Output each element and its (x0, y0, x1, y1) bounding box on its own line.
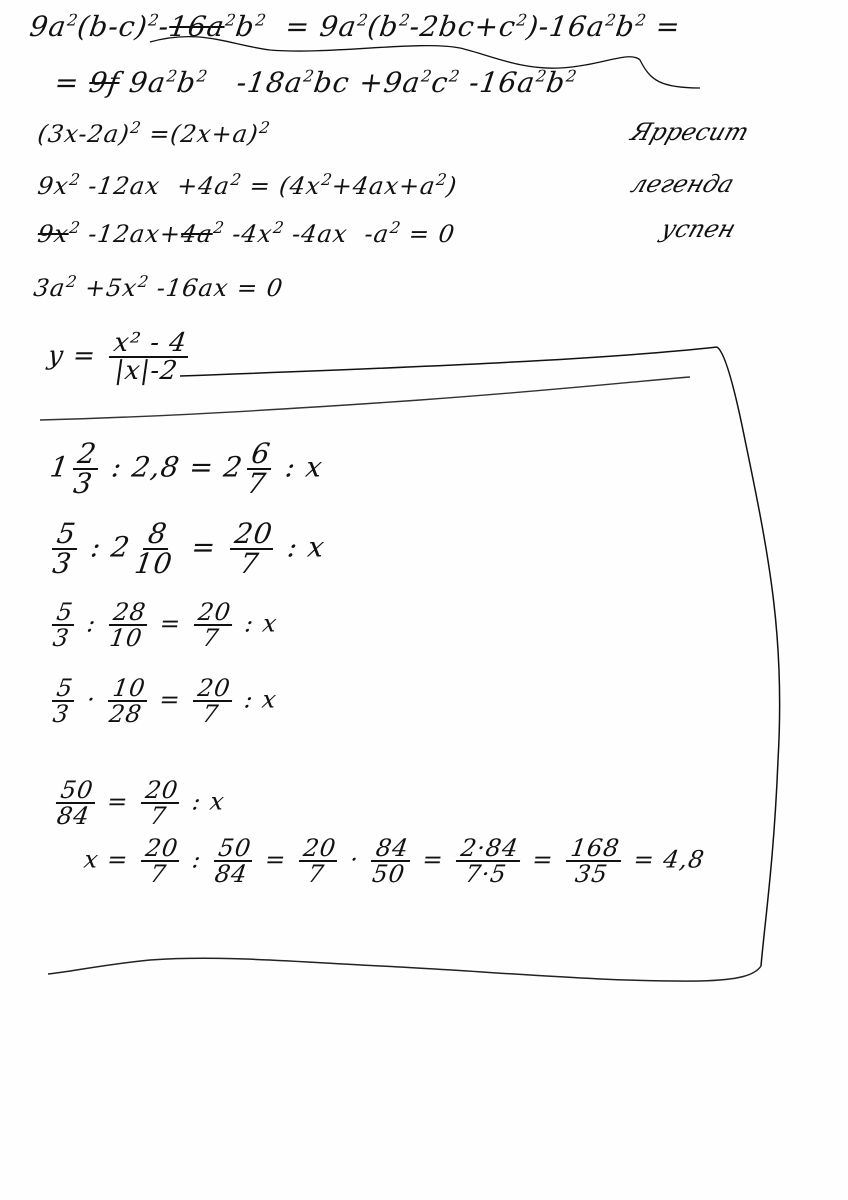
side-note-line-1: Ярресит (627, 118, 752, 146)
denominator: 3 (69, 470, 98, 498)
fraction: 16835 (563, 836, 625, 886)
divide-sign: : (283, 451, 298, 484)
fraction: 5084 (210, 836, 256, 886)
fraction: 23 (69, 440, 102, 498)
equation-line-5: 9x2 -12ax+4a2 -4x2 -4ax -a2 = 0 (36, 218, 457, 248)
numerator: 20 (299, 836, 341, 862)
whole-part: 2 (109, 531, 132, 564)
equals-sign: = (421, 846, 446, 874)
term: +9a (357, 66, 423, 99)
proportion-step-3: 53 : 2810 = 207 : x (44, 600, 280, 650)
numerator: 20 (230, 520, 278, 550)
numerator: 20 (193, 600, 235, 626)
equals-sign: = (189, 531, 218, 564)
term: +4ax+a (330, 172, 438, 200)
denominator: 35 (571, 862, 613, 886)
equation-line-4: 9x2 -12ax +4a2 = (4x2+4ax+a2) (36, 170, 459, 200)
final-result: 4,8 (661, 846, 706, 874)
equals-sign: = (53, 66, 82, 99)
denominator: 28 (105, 702, 147, 726)
equals-sign: = (248, 172, 273, 200)
proportion-step-4: 53 · 1028 = 207 : x (44, 676, 280, 726)
fraction: 53 (48, 520, 81, 578)
equation-line-1: 9a2(b-c)2-16a2b2 = 9a2(b2-2bc+c2)-16a2b2… (28, 10, 683, 43)
denominator: 10 (130, 550, 178, 578)
exponent: 2 (448, 67, 462, 86)
numerator: 5 (52, 600, 78, 626)
term: 9a (127, 66, 168, 99)
function-definition: y = x² - 4 |x|-2 (44, 330, 196, 384)
numerator: 5 (52, 520, 81, 550)
numerator: 2 (73, 440, 102, 470)
numerator: 2·84 (456, 836, 523, 862)
exponent: 2 (272, 218, 286, 237)
term: -2bc+c (408, 10, 519, 43)
equals-sign: = (632, 846, 657, 874)
struck-term: 4a (179, 220, 215, 248)
term: -16ax (155, 274, 230, 302)
term: b (614, 10, 638, 43)
divide-sign: : (285, 531, 300, 564)
exponent: 2 (634, 11, 648, 30)
term: -12ax+ (87, 220, 184, 248)
equation-line-2: = 9f 9a2b2 -18a2bc +9a2c2 -16a2b2 (53, 66, 579, 99)
term: (3x-2a) (36, 120, 132, 148)
fraction: 810 (130, 520, 182, 578)
equals-sign: = (158, 610, 183, 638)
divide-sign: : (85, 610, 98, 638)
proportion-step-2: 53 : 2810 = 207 : x (44, 520, 329, 578)
equals-sign: = (283, 10, 312, 43)
equation-line-3: (3x-2a)2 =(2x+a)2 (36, 118, 272, 148)
term: -4x (231, 220, 275, 248)
fraction: 53 (48, 676, 77, 726)
denominator: |x|-2 (110, 358, 182, 384)
variable-x: x (306, 531, 327, 564)
fraction: 53 (48, 600, 77, 650)
variable-x: x (260, 686, 278, 714)
exponent: 2 (68, 218, 82, 237)
numerator: 20 (141, 836, 183, 862)
scribbled-out-term: 9f (87, 66, 122, 99)
denominator: 7 (303, 862, 329, 886)
numerator: 5 (52, 676, 78, 702)
fraction: x² - 4 |x|-2 (105, 330, 192, 384)
exponent: 2 (196, 67, 210, 86)
denominator: 84 (210, 862, 252, 886)
term: (4x (278, 172, 323, 200)
exponent: 2 (389, 218, 403, 237)
equals-sign: = (105, 788, 130, 816)
fraction: 207 (190, 600, 236, 650)
equation-line-6: 3a2 +5x2 -16ax = 0 (32, 272, 286, 302)
term: +5x (83, 274, 139, 302)
denominator: 3 (48, 550, 77, 578)
term: -16a (467, 66, 537, 99)
numerator: 6 (246, 440, 275, 470)
proportion-step-5: 5084 = 207 : x (48, 778, 227, 828)
struck-term: 9x (36, 220, 71, 248)
numerator: 84 (371, 836, 413, 862)
denominator: 3 (48, 626, 74, 650)
divide-sign: : (190, 788, 203, 816)
exponent: 2 (565, 67, 579, 86)
fraction: 2810 (105, 600, 151, 650)
exponent: 2 (258, 118, 272, 137)
term: +4a (175, 172, 232, 200)
exponent: 2 (230, 170, 244, 189)
whole-part: 1 (48, 451, 71, 484)
denominator: 7 (198, 626, 224, 650)
term: b (233, 10, 257, 43)
denominator: 7 (235, 550, 264, 578)
denominator: 7 (146, 862, 172, 886)
denominator: 7·5 (461, 862, 512, 886)
fraction: 207 (190, 676, 236, 726)
solution-line: x = 207 : 5084 = 207 · 8450 = 2·847·5 = … (80, 836, 707, 886)
term: -16a (537, 10, 607, 43)
equals-sign: = (531, 846, 556, 874)
term: -4ax (290, 220, 349, 248)
equals-sign: = (158, 686, 183, 714)
term: (2x+a) (169, 120, 261, 148)
denominator: 7 (198, 702, 224, 726)
term: 9a (318, 10, 359, 43)
exponent: 2 (65, 272, 79, 291)
variable-x: x (208, 788, 226, 816)
equals-sign: = (263, 846, 288, 874)
equals-zero: = 0 (407, 220, 457, 248)
numerator: 20 (141, 778, 183, 804)
whole-part: 2 (222, 451, 245, 484)
numerator: 168 (566, 836, 624, 862)
scanned-page: 9a2(b-c)2-16a2b2 = 9a2(b2-2bc+c2)-16a2b2… (0, 0, 848, 1200)
term: 9x (36, 172, 71, 200)
term: (b (365, 10, 400, 43)
fraction: 207 (137, 836, 183, 886)
exponent: 2 (212, 218, 226, 237)
equals-sign: = (187, 451, 216, 484)
equals-sign: = (105, 846, 130, 874)
divide-sign: : (243, 610, 256, 638)
divide-sign: : (190, 846, 203, 874)
term: bc (312, 66, 352, 99)
numerator: x² - 4 (109, 330, 192, 358)
variable-x: x (304, 451, 325, 484)
variable-x: x (82, 846, 100, 874)
term: (b-c) (75, 10, 150, 43)
fraction: 1028 (105, 676, 151, 726)
side-note-line-2: легенда (627, 170, 737, 198)
fraction: 2·847·5 (453, 836, 523, 886)
term: -12ax (87, 172, 162, 200)
decimal-value: 2,8 (130, 451, 182, 484)
divide-sign: : (89, 531, 104, 564)
fraction: 5084 (52, 778, 98, 828)
denominator: 3 (48, 702, 74, 726)
numerator: 8 (143, 520, 172, 550)
numerator: 50 (214, 836, 256, 862)
fraction: 207 (137, 778, 183, 828)
term: 9a (28, 10, 69, 43)
denominator: 10 (105, 626, 147, 650)
numerator: 20 (193, 676, 235, 702)
fraction: 8450 (368, 836, 414, 886)
numerator: 50 (56, 778, 98, 804)
term: -a (363, 220, 391, 248)
exponent: 2 (68, 170, 82, 189)
equals-sign: = (654, 10, 683, 43)
divide-sign: : (243, 686, 256, 714)
side-note-line-3: успен (657, 215, 739, 243)
fraction: 67 (242, 440, 275, 498)
proportion-step-1: 123 : 2,8 = 267 : x (46, 440, 327, 498)
denominator: 84 (52, 804, 94, 828)
denominator: 7 (242, 470, 271, 498)
denominator: 7 (146, 804, 172, 828)
function-lhs: y = (46, 341, 98, 371)
numerator: 10 (108, 676, 150, 702)
exponent: 2 (254, 11, 268, 30)
multiply-sign: · (85, 686, 98, 714)
exponent: 2 (129, 118, 143, 137)
term: -18a (235, 66, 305, 99)
multiply-sign: · (348, 846, 361, 874)
exponent: 2 (137, 272, 151, 291)
equals-zero: = 0 (235, 274, 285, 302)
numerator: 28 (109, 600, 151, 626)
variable-x: x (261, 610, 279, 638)
fraction: 207 (226, 520, 278, 578)
term: 3a (32, 274, 68, 302)
divide-sign: : (110, 451, 125, 484)
struck-term: 16a (167, 10, 227, 43)
fraction: 207 (295, 836, 341, 886)
denominator: 50 (368, 862, 410, 886)
